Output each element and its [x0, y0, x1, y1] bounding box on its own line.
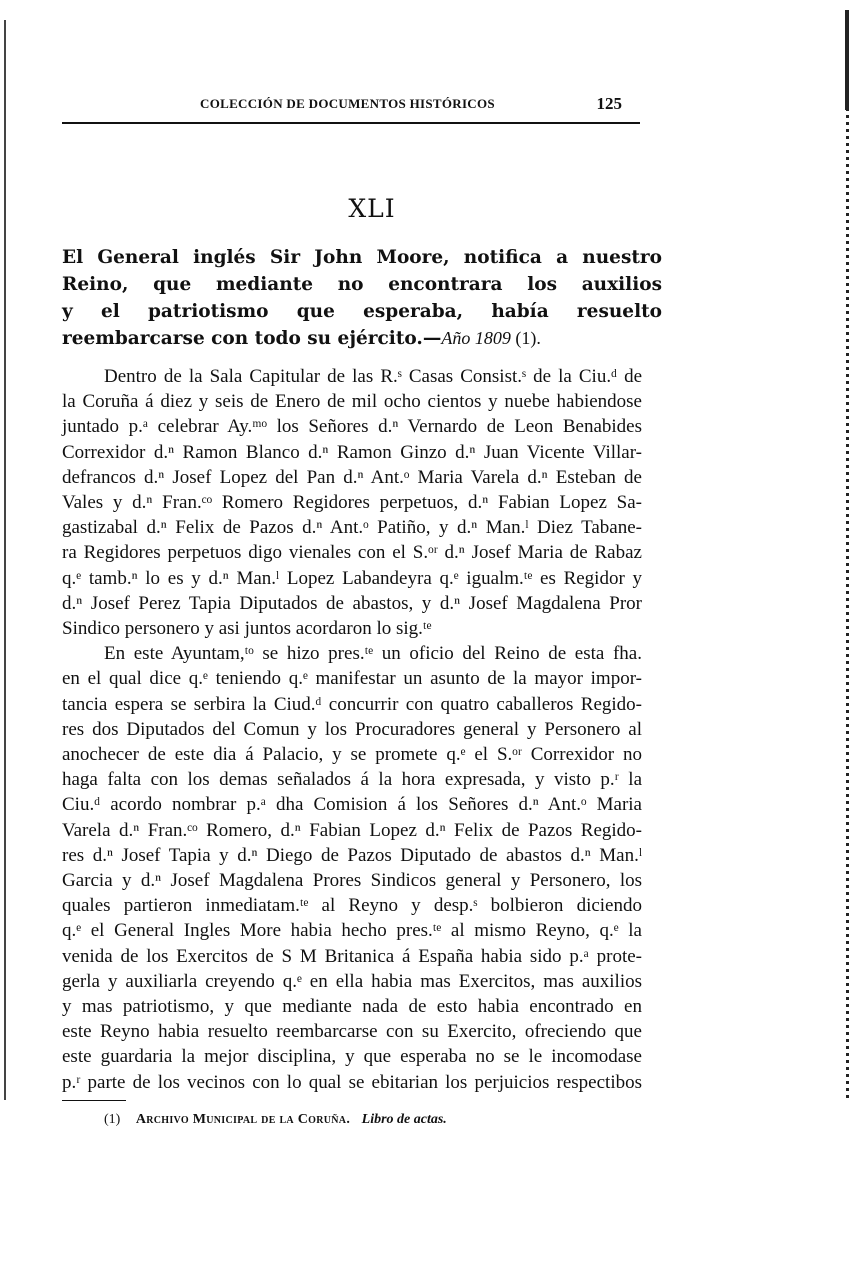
body-line: gastizabal d.ⁿ Felix de Pazos d.ⁿ Ant.ᵒ …	[62, 515, 642, 540]
body-line: en el qual dice q.ᵉ teniendo q.ᵉ manifes…	[62, 666, 642, 691]
body-line: haga falta con los demas señalados á la …	[62, 767, 642, 792]
body-line: res dos Diputados del Comun y los Procur…	[62, 717, 642, 742]
body-line: este Reyno habia resuelto reembarcarse c…	[62, 1019, 642, 1044]
body-line: venida de los Exercitos de S M Britanica…	[62, 944, 642, 969]
title-year: Año 1809	[441, 328, 511, 348]
body-line: ra Regidores perpetuos digo vienales con…	[62, 540, 642, 565]
body-line: Vales y d.ⁿ Fran.ᶜᵒ Romero Regidores per…	[62, 490, 642, 515]
body-line: q.ᵉ el General Ingles More habia hecho p…	[62, 918, 642, 943]
title-line-text: reembarcarse con todo su ejército.—	[62, 328, 441, 349]
title-line: Reino, que mediante no encontrara los au…	[82, 271, 662, 298]
body-line: p.ʳ parte de los vecinos con lo qual se …	[62, 1070, 642, 1095]
body-line: y mas patriotismo, y que mediante nada d…	[62, 994, 642, 1019]
page-right-edge	[846, 10, 849, 1100]
running-head-title: COLECCIÓN DE DOCUMENTOS HISTÓRICOS	[200, 96, 495, 112]
body-line: Ciu.ᵈ acordo nombrar p.ᵃ dha Comision á …	[62, 792, 642, 817]
body-line: Sindico personero y asi juntos acordaron…	[62, 616, 642, 641]
body-line: Varela d.ⁿ Fran.ᶜᵒ Romero, d.ⁿ Fabian Lo…	[62, 818, 642, 843]
body-line: anochecer de este dia á Palacio, y se pr…	[62, 742, 642, 767]
body-line: Correxidor d.ⁿ Ramon Blanco d.ⁿ Ramon Gi…	[62, 440, 642, 465]
footnote-book: Libro de actas.	[362, 1112, 447, 1127]
page-number: 125	[597, 94, 623, 114]
page-left-edge	[4, 20, 6, 1100]
footnote-archive: Archivo Municipal de la Coruña.	[136, 1112, 350, 1127]
body-line: Dentro de la Sala Capitular de las R.ˢ C…	[62, 364, 642, 389]
footnote-number: (1)	[104, 1112, 120, 1127]
title-line: El General inglés Sir John Moore, notifi…	[82, 244, 662, 271]
title-line: reembarcarse con todo su ejército.—Año 1…	[82, 325, 662, 352]
footnote-rule	[62, 1100, 126, 1101]
body-line: la Coruña á diez y seis de Enero de mil …	[62, 389, 642, 414]
body-line: juntado p.ᵃ celebrar Ay.ᵐᵒ los Señores d…	[62, 414, 642, 439]
body-line: este guardaria la mejor disciplina, y qu…	[62, 1044, 642, 1069]
body-line: En este Ayuntam,ᵗᵒ se hizo pres.ᵗᵉ un of…	[62, 641, 642, 666]
header-rule	[62, 122, 640, 124]
title-line: y el patriotismo que esperaba, había res…	[82, 298, 662, 325]
body-line: q.ᵉ tamb.ⁿ lo es y d.ⁿ Man.ˡ Lopez Laban…	[62, 566, 642, 591]
document-title: El General inglés Sir John Moore, notifi…	[62, 244, 662, 352]
body-text: Dentro de la Sala Capitular de las R.ˢ C…	[62, 364, 642, 1095]
body-line: quales partieron inmediatam.ᵗᵉ al Reyno …	[62, 893, 642, 918]
running-head: COLECCIÓN DE DOCUMENTOS HISTÓRICOS 125	[62, 96, 622, 118]
body-line: res d.ⁿ Josef Tapia y d.ⁿ Diego de Pazos…	[62, 843, 642, 868]
body-line: Garcia y d.ⁿ Josef Magdalena Prores Sind…	[62, 868, 642, 893]
body-line: gerla y auxiliarla creyendo q.ᵉ en ella …	[62, 969, 642, 994]
footnote: (1) Archivo Municipal de la Coruña. Libr…	[104, 1112, 447, 1128]
body-line: d.ⁿ Josef Perez Tapia Diputados de abast…	[62, 591, 642, 616]
document-number: XLI	[0, 194, 744, 223]
body-line: tancia espera se serbira la Ciud.ᵈ concu…	[62, 692, 642, 717]
body-line: defrancos d.ⁿ Josef Lopez del Pan d.ⁿ An…	[62, 465, 642, 490]
footnote-reference: (1).	[511, 328, 541, 348]
